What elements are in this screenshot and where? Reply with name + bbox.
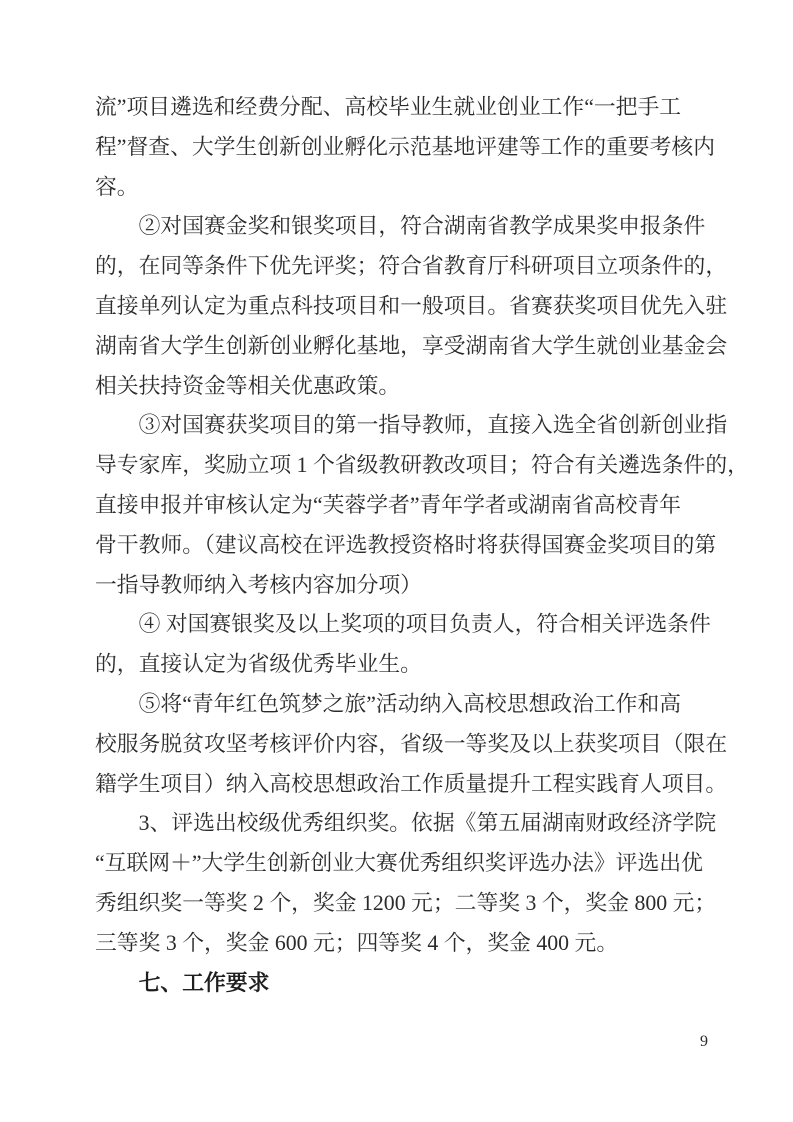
text-line: 秀组织奖一等奖 2 个，奖金 1200 元；二等奖 3 个，奖金 800 元； — [95, 884, 735, 924]
text-line: ④ 对国赛银奖及以上奖项的项目负责人，符合相关评选条件 — [95, 605, 735, 645]
text-line: 校服务脱贫攻坚考核评价内容，省级一等奖及以上获奖项目（限在 — [95, 725, 735, 765]
text-line: 流”项目遴选和经费分配、高校毕业生就业创业工作“一把手工 — [95, 88, 735, 128]
text-line: 籍学生项目）纳入高校思想政治工作质量提升工程实践育人项目。 — [95, 765, 735, 805]
text-line: 一指导教师纳入考核内容加分项） — [95, 566, 735, 606]
text-line: 直接单列认定为重点科技项目和一般项目。省赛获奖项目优先入驻 — [95, 287, 735, 327]
text-line: “互联网＋”大学生创新创业大赛优秀组织奖评选办法》评选出优 — [95, 844, 735, 884]
text-line: ⑤将“青年红色筑梦之旅”活动纳入高校思想政治工作和高 — [95, 685, 735, 725]
text-line: 的，直接认定为省级优秀毕业生。 — [95, 645, 735, 685]
text-line: ③对国赛获奖项目的第一指导教师，直接入选全省创新创业指 — [95, 406, 735, 446]
text-block: 流”项目遴选和经费分配、高校毕业生就业创业工作“一把手工 程”督查、大学生创新创… — [95, 88, 735, 1003]
text-line: 骨干教师。（建议高校在评选教授资格时将获得国赛金奖项目的第 — [95, 526, 735, 566]
text-line: 湖南省大学生创新创业孵化基地，享受湖南省大学生就创业基金会 — [95, 327, 735, 367]
document-page: 流”项目遴选和经费分配、高校毕业生就业创业工作“一把手工 程”督查、大学生创新创… — [0, 0, 793, 1122]
text-line: 导专家库，奖励立项 1 个省级教研教改项目；符合有关遴选条件的， — [95, 446, 735, 486]
text-line: 三等奖 3 个，奖金 600 元；四等奖 4 个，奖金 400 元。 — [95, 924, 735, 964]
text-line: 容。 — [95, 168, 735, 208]
section-heading: 七、工作要求 — [95, 964, 735, 1004]
text-line: 程”督查、大学生创新创业孵化示范基地评建等工作的重要考核内 — [95, 128, 735, 168]
text-line: 直接申报并审核认定为“芙蓉学者”青年学者或湖南省高校青年 — [95, 486, 735, 526]
page-number: 9 — [700, 1032, 708, 1052]
text-line: 的，在同等条件下优先评奖；符合省教育厅科研项目立项条件的， — [95, 247, 735, 287]
text-line: ②对国赛金奖和银奖项目，符合湖南省教学成果奖申报条件 — [95, 207, 735, 247]
text-line: 相关扶持资金等相关优惠政策。 — [95, 367, 735, 407]
text-line: 3、评选出校级优秀组织奖。依据《第五届湖南财政经济学院 — [95, 804, 735, 844]
